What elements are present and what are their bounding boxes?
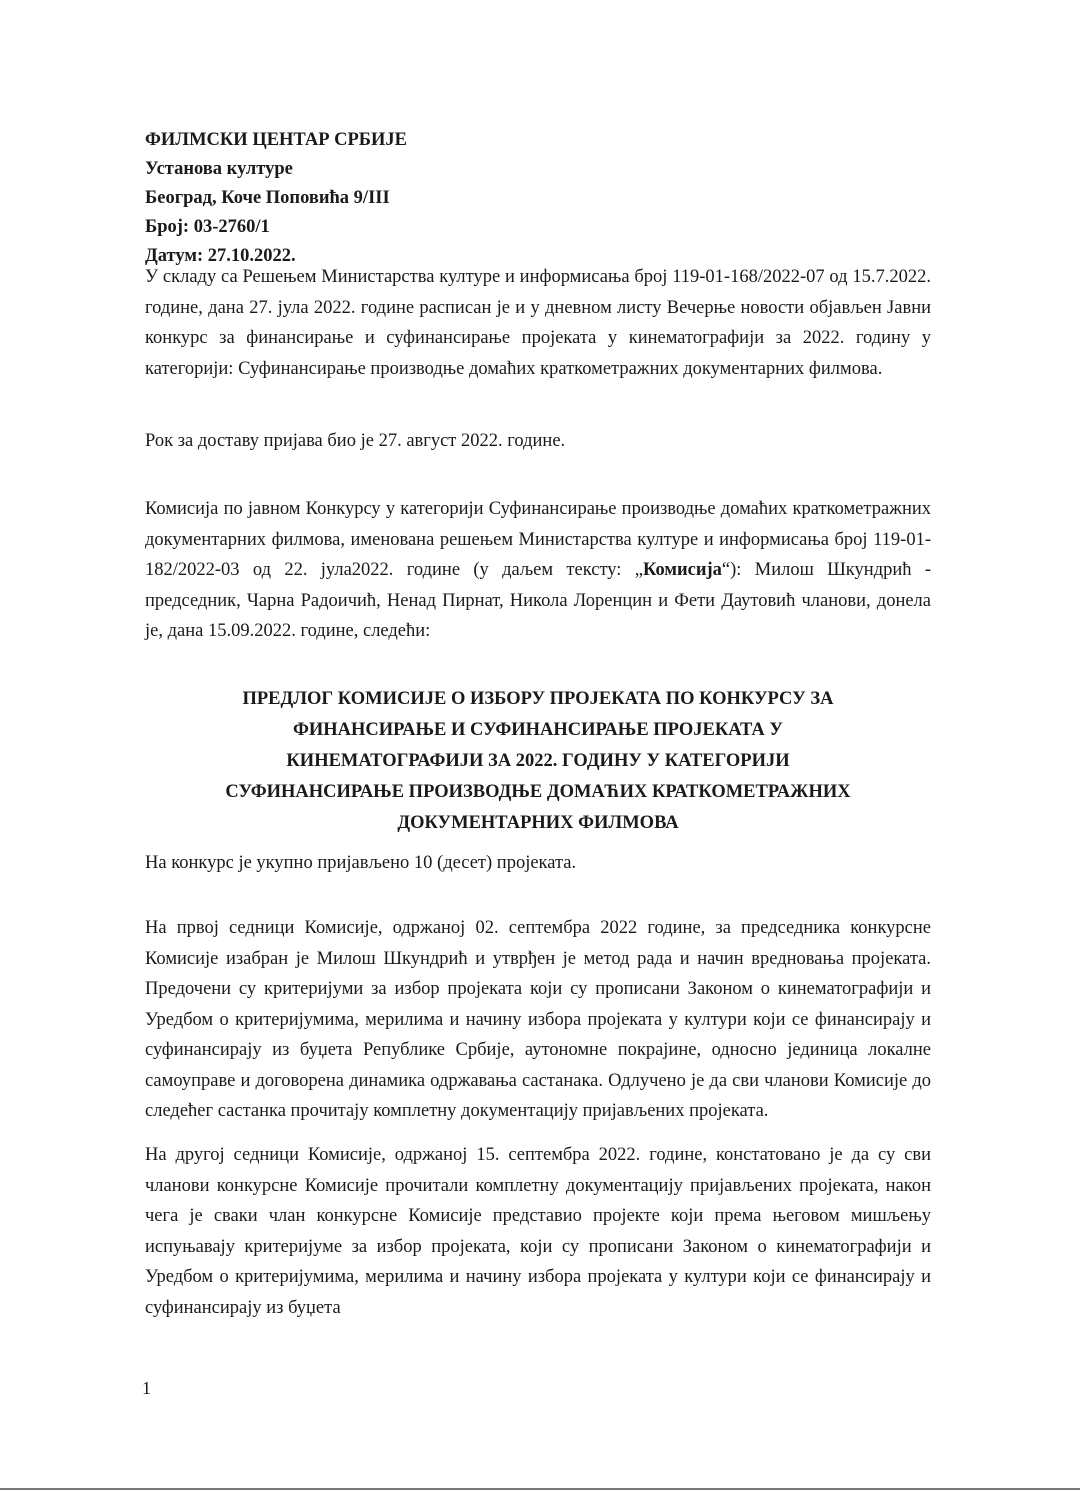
- document-title: ПРЕДЛОГ КОМИСИЈЕ О ИЗБОРУ ПРОЈЕКАТА ПО К…: [145, 684, 931, 839]
- paragraph-total-applications: На конкурс је укупно пријављено 10 (десе…: [145, 848, 931, 879]
- document-page: ФИЛМСКИ ЦЕНТАР СРБИЈЕ Установа културе Б…: [0, 0, 1088, 1496]
- paragraph-deadline: Рок за доставу пријава био је 27. август…: [145, 426, 931, 457]
- organization-type: Установа културе: [145, 155, 407, 184]
- title-line: СУФИНАНСИРАЊЕ ПРОИЗВОДЊЕ ДОМАЋИХ КРАТКОМ…: [145, 777, 931, 808]
- title-line: ПРЕДЛОГ КОМИСИЈЕ О ИЗБОРУ ПРОЈЕКАТА ПО К…: [145, 684, 931, 715]
- paragraph-commission: Комисија по јавном Конкурсу у категорији…: [145, 494, 931, 647]
- title-line: ФИНАНСИРАЊЕ И СУФИНАНСИРАЊЕ ПРОЈЕКАТА У: [145, 715, 931, 746]
- paragraph-intro: У складу са Решењем Министарства културе…: [145, 262, 931, 384]
- paragraph-first-session: На првој седници Комисије, одржаној 02. …: [145, 913, 931, 1127]
- page-number: 1: [142, 1378, 151, 1399]
- document-number: Број: 03-2760/1: [145, 213, 407, 242]
- commission-term: Комисија: [643, 560, 722, 580]
- organization-address: Београд, Коче Поповића 9/III: [145, 184, 407, 213]
- organization-name: ФИЛМСКИ ЦЕНТАР СРБИЈЕ: [145, 126, 407, 155]
- title-line: КИНЕМАТОГРАФИЈИ ЗА 2022. ГОДИНУ У КАТЕГО…: [145, 746, 931, 777]
- paragraph-second-session: На другој седници Комисије, одржаној 15.…: [145, 1140, 931, 1323]
- title-line: ДОКУМЕНТАРНИХ ФИЛМОВА: [145, 808, 931, 839]
- page-edge-divider: [0, 1488, 1080, 1490]
- letterhead: ФИЛМСКИ ЦЕНТАР СРБИЈЕ Установа културе Б…: [145, 126, 407, 271]
